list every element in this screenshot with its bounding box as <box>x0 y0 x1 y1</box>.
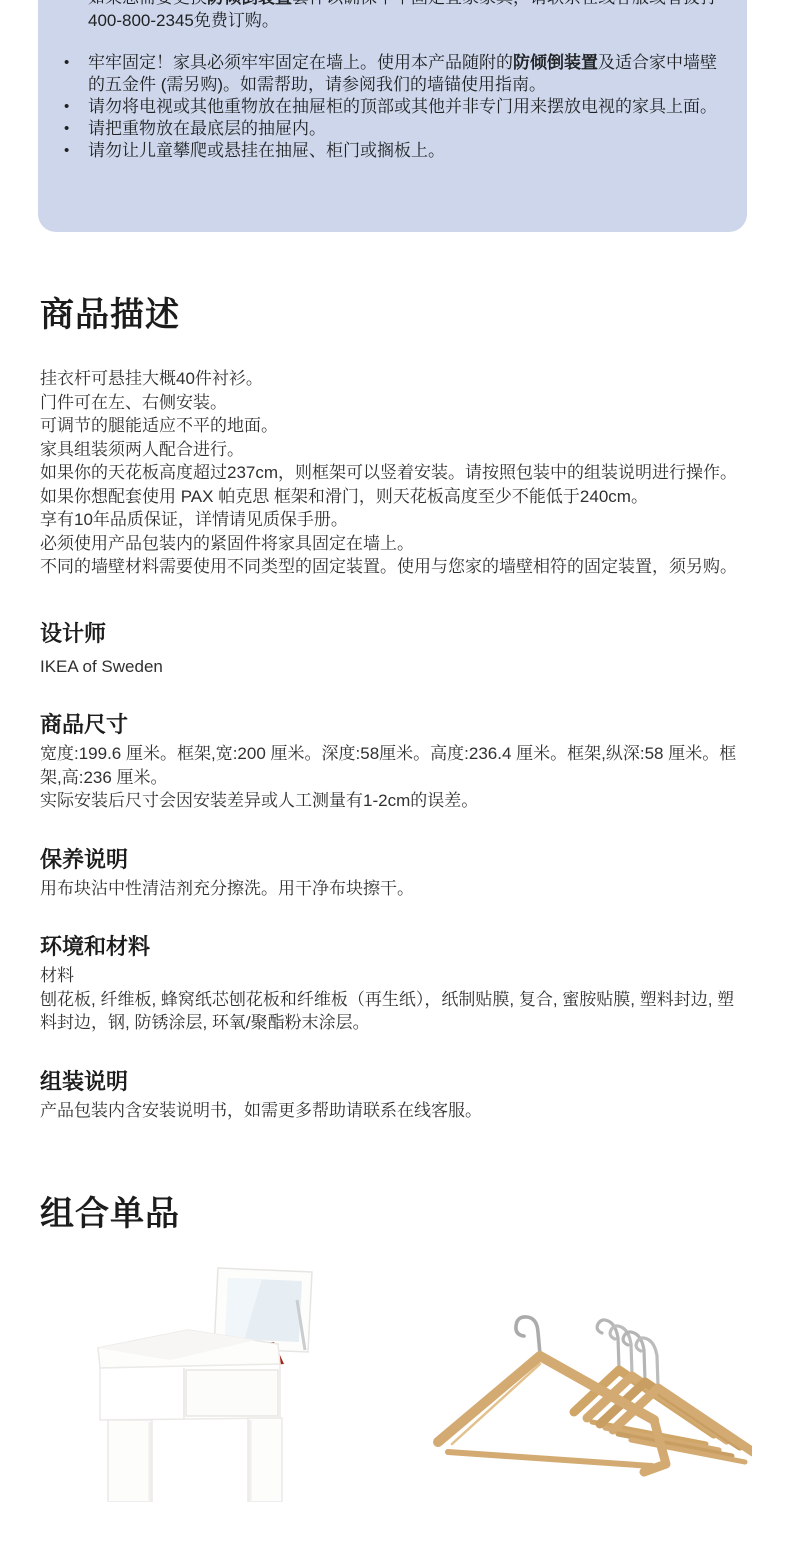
bold-text-segment: 防倾倒装置 <box>207 0 292 7</box>
designer-name: IKEA of Sweden <box>40 655 748 679</box>
description-text: 挂衣杆可悬挂大概40件衬衫。门件可在左、右侧安装。可调节的腿能适应不平的地面。家… <box>40 367 748 579</box>
dimensions-text: 宽度:199.6 厘米。框架,宽:200 厘米。深度:58厘米。高度:236.4… <box>40 742 748 813</box>
bold-text-segment: 防倾倒装置 <box>513 53 598 72</box>
text-segment: 请勿将电视或其他重物放在抽屉柜的顶部或其他并非专门用来摆放电视的家具上面。 <box>88 97 717 116</box>
materials-text: 刨花板, 纤维板, 蜂窝纸芯刨花板和纤维板（再生纸），纸制贴膜, 复合, 蜜胺贴… <box>40 988 748 1035</box>
text-line: 挂衣杆可悬挂大概40件衬衫。 <box>40 367 748 391</box>
product-detail-page: { "colors": { "warning_box_bg": "#cdd6ea… <box>0 0 790 1546</box>
combo-product-images <box>40 1252 748 1502</box>
warning-intro-text: 如果您需要更换防倾倒装置套件以确保牢牢固定宜家家具，请联系在线客服或者拨打400… <box>88 0 721 32</box>
hangers-illustration <box>422 1294 752 1494</box>
section-title-designer: 设计师 <box>40 619 748 649</box>
safety-warning-box: 如果您需要更换防倾倒装置套件以确保牢牢固定宜家家具，请联系在线客服或者拨打400… <box>38 0 747 232</box>
warning-bullet-item: 牢牢固定！家具必须牢牢固定在墙上。使用本产品随附的防倾倒装置及适合家中墙壁的五金… <box>88 52 721 96</box>
care-text: 用布块沾中性清洁剂充分擦洗。用干净布块擦干。 <box>40 877 748 901</box>
text-line: 门件可在左、右侧安装。 <box>40 391 748 415</box>
warning-bullet-item: 请勿让儿童攀爬或悬挂在抽屉、柜门或搁板上。 <box>88 140 721 162</box>
section-title-dimensions: 商品尺寸 <box>40 710 748 740</box>
text-segment: 请勿让儿童攀爬或悬挂在抽屉、柜门或搁板上。 <box>88 141 445 160</box>
section-title-assembly: 组装说明 <box>40 1067 748 1097</box>
section-title-combo: 组合单品 <box>40 1194 748 1234</box>
warning-bullet-item: 请勿将电视或其他重物放在抽屉柜的顶部或其他并非专门用来摆放电视的家具上面。 <box>88 96 721 118</box>
text-line: 可调节的腿能适应不平的地面。 <box>40 414 748 438</box>
warning-bullet-list: 牢牢固定！家具必须牢牢固定在墙上。使用本产品随附的防倾倒装置及适合家中墙壁的五金… <box>88 52 721 162</box>
hangers-image[interactable] <box>422 1294 752 1494</box>
text-line: 不同的墙壁材料需要使用不同类型的固定装置。使用与您家的墙壁相符的固定装置，须另购… <box>40 555 748 579</box>
text-segment: 如果您需要更换 <box>88 0 207 7</box>
text-line: 必须使用产品包装内的紧固件将家具固定在墙上。 <box>40 532 748 556</box>
main-content: 商品描述 挂衣杆可悬挂大概40件衬衫。门件可在左、右侧安装。可调节的腿能适应不平… <box>0 295 790 1502</box>
text-line: 如果你想配套使用 PAX 帕克思 框架和滑门，则天花板高度至少不能低于240cm… <box>40 485 748 509</box>
text-line: 宽度:199.6 厘米。框架,宽:200 厘米。深度:58厘米。高度:236.4… <box>40 742 748 789</box>
text-segment: 牢牢固定！家具必须牢牢固定在墙上。使用本产品随附的 <box>88 53 513 72</box>
section-title-description: 商品描述 <box>40 295 748 335</box>
warning-bullet-item: 请把重物放在最底层的抽屉内。 <box>88 118 721 140</box>
text-line: 如果你的天花板高度超过237cm，则框架可以竖着安装。请按照包装中的组装说明进行… <box>40 461 748 485</box>
assembly-text: 产品包装内含安装说明书，如需更多帮助请联系在线客服。 <box>40 1099 748 1123</box>
text-line: 实际安装后尺寸会因安装差异或人工测量有1-2cm的误差。 <box>40 789 748 813</box>
text-line: 享有10年品质保证，详情请见质保手册。 <box>40 508 748 532</box>
text-segment: 请把重物放在最底层的抽屉内。 <box>88 119 326 138</box>
dressing-table-illustration <box>60 1252 360 1502</box>
text-line: 家具组装须两人配合进行。 <box>40 438 748 462</box>
dressing-table-image[interactable] <box>60 1252 360 1502</box>
materials-subtitle: 材料 <box>40 964 748 988</box>
section-title-care: 保养说明 <box>40 845 748 875</box>
section-title-materials: 环境和材料 <box>40 932 748 962</box>
